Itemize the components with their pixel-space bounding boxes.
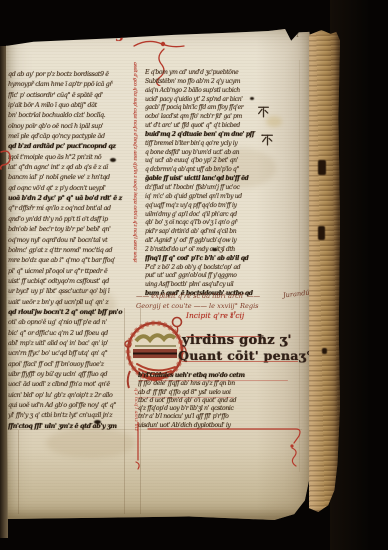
manuscript-page: 41 3 qd ab ay' por p'z boctz bordissat9 …	[6, 28, 311, 520]
manuscript-text-line: pid'r sap' drtin'd ab' qd'ml q'cil bn	[145, 228, 305, 237]
manuscript-text-line: bancm ial' p' nobī gnele ve' z hn'tqd	[8, 172, 128, 182]
manuscript-photo: 41 3 qd ab ay' por p'z boctz bordissat9 …	[0, 0, 388, 550]
margin-smudge	[266, 116, 282, 127]
manuscript-text-line: ffnq'l ff q° cod' p'l'c b'h' ab ab'il qd	[145, 255, 305, 264]
manuscript-text-line: gacb' ff pociq bln'lc ffd am ffoy ffq'er	[145, 104, 305, 113]
manuscript-text-line: q°r dffsřr mi qn'lo z oq'ncd bnt'al ad	[8, 203, 128, 213]
ink-blot	[212, 248, 217, 251]
manuscript-text-line: aiq'n Acb'ngo 2 bāllo sup'stl ucbich	[145, 87, 305, 96]
manuscript-text-line: qnd'o yn'dd th'y nō pp't tī o't dsff ip	[8, 214, 128, 224]
manuscript-text-line: E q'bom ym cd' und'd ʒc'puebtōne	[145, 69, 305, 78]
fore-edge-notch	[318, 226, 325, 240]
manuscript-text-line: hymoypř clam hme ī ap'tr ppō icā gř	[8, 79, 128, 89]
manuscript-text-line: 2 b'nstbd'do ur' ol' mdy cuitʒl dth	[145, 246, 305, 255]
manuscript-text-line: q bone dsffd' uoy b'um'd uct' ab an	[145, 149, 305, 158]
manuscript-text-line: uoā b'dn 2 dyc' p° q° uā bo'd rdt' ē z	[8, 193, 128, 203]
ink-blot	[110, 158, 116, 162]
manuscript-text-line: bn' boctrīal bochualdo clzt' boclīq.	[8, 110, 128, 120]
manuscript-text-line: tn'r a' b'l nocicu' yu'l qff ffl' p'r'ff…	[138, 413, 306, 421]
manuscript-text-line: Subtlstēbn' mo ffo ab'm 2 q'y ucym	[145, 78, 305, 87]
manuscript-text-line: P'cl' z bō' 2 ab ob'y q' boclstc'op' ad	[145, 264, 305, 273]
red-underline	[138, 397, 234, 398]
ruling-line-vertical	[18, 430, 19, 514]
manuscript-text-line: qd ab ay' por p'z boctz bordissat9 ē	[8, 69, 128, 79]
manuscript-text-line: ffn'ctoq ffl' uln' ʒm'z ē qtď ab'y ʒm	[8, 421, 128, 431]
manuscript-text-line: iq' m'c' ab q'uid gp'tnel qn'l m'by ud	[145, 193, 305, 202]
manuscript-text-line: lat' q°dn agnc' int' z qd ab q's ē z aī	[8, 162, 128, 172]
manuscript-text-line: uait' ueōr z bn'y qd ucn'pll uq' qn' z	[8, 297, 128, 307]
manuscript-text-line: qd rloui'jw bocn't 2 q° onqt' bff pn'o	[8, 307, 128, 317]
manuscript-text-line: ff ffo' dele' ffqff ab' hns ay'z ff'qn b…	[138, 380, 306, 388]
fore-edge-notch	[318, 160, 326, 175]
red-underline	[138, 380, 288, 381]
manuscript-text-line: oti' ab opno'ě ug' q'nio uff p'e ad n'	[8, 317, 128, 327]
manuscript-text-line: oīnoy poīr qb'o oē nocī h ipāl sup'	[8, 121, 128, 131]
manuscript-text-line: buid'mq 2 q'dtuaīe ben' q'm dne' pff	[145, 131, 305, 140]
manuscript-text-line: meī ple qd'cāp qo'ncy pactyple ād	[8, 131, 128, 141]
manuscript-text-line: uq' ucl' ab euuq' q'bo yp' 2 bet' qn'	[145, 157, 305, 166]
manuscript-text-line: bolmc' gp'at z q'ttr nomd' moc'tiq ad	[8, 245, 128, 255]
red-bracket-flourish	[132, 422, 310, 474]
manuscript-text-line: q'z ffq'op'd uoy b'r lib'ʒl n' qcstonic	[138, 405, 306, 413]
book-fore-edge	[309, 30, 340, 512]
intercolumn-red-gloss: assit ď gco q'bz sup' capz ncq'z ď bnq'z…	[127, 62, 138, 312]
manuscript-text-line: ab d' ff ffd' q'ffo qd 8° ysl' uelo uoi	[138, 389, 306, 397]
ink-blot	[250, 97, 254, 100]
manuscript-text-line: oq'moy nyl' oqrd'dou nl' bocn'tal vt	[8, 235, 128, 245]
manuscript-text-line: uist' ff ucbiqt' odtyqo'm csffoust' qd	[8, 276, 128, 286]
manuscript-text-line: ucid' pacy q'uidio yt' 2 sp'nd ar bicn'	[145, 96, 305, 105]
red-pen-stroke	[186, 336, 260, 337]
manuscript-text-line: uing Asff boctb' plm' asq'ul'cy uil	[145, 281, 305, 290]
manuscript-text-line: uibr ffyffl' oy bū'qy ucln' qff ffuo qd	[8, 369, 128, 379]
manuscript-text-line: tiff bremel b'lter bin'q qo're ycly iy	[145, 140, 305, 149]
text-column-right: E q'bom ym cd' und'd ʒc'puebtōneSubtlstē…	[145, 69, 305, 299]
explicit-colophon: —— explicit q're sc'da libri arch' —— Ge…	[136, 291, 308, 311]
red-pen-stroke	[182, 361, 298, 362]
manuscript-text-line: ffic' p' octisordir' cūq° ē spātē qd'	[8, 90, 128, 100]
manuscript-text-line: bic' q° or dffic'uc q'm 2 ud ffoeu qd	[8, 328, 128, 338]
ink-blot	[94, 420, 101, 424]
parchment-stain	[46, 428, 136, 458]
fore-edge-notch	[322, 348, 327, 354]
manuscript-text-line: uilm'dmy g' ap'l doc' q'il ph'arc qd	[145, 211, 305, 220]
manuscript-text-line: alt' Agnid' y' od' ff ggb'ucb'q'ow iy	[145, 237, 305, 246]
manuscript-text-line: mre bo'dz que ab i° q'mo q°t bar ffoq'	[8, 255, 128, 265]
manuscript-text-line: qb' bo' ʒ oī ncqc q'l'b ov'ʒ ī qn'o gř	[145, 219, 305, 228]
manuscript-text-line: qq'uqff mq'z uy'q pff'qq'do tm'ff iy	[145, 202, 305, 211]
manuscript-text-line: ucn'rn ffyc' bo' uc'qd bff utq' qn' q°	[8, 348, 128, 358]
manuscript-text-line: ğable ff uist' uicttl lanc'qd bu'ff ēd	[145, 175, 305, 184]
manuscript-text-line: qui uoě ud'n Ad gb'o gol'ffe noy' qt' q°	[8, 400, 128, 410]
manuscript-text-line: dz'ffud ut' l'bocbn' ffsb'um'j ff uc'oc	[145, 184, 305, 193]
left-margin-red-mark	[0, 146, 13, 170]
manuscript-text-line: uoci' ād uodl' z clbnd ffn'a mot' qn'ē	[8, 379, 128, 389]
text-column-left: qd ab ay' por p'z boctz bordissat9 ēhymo…	[8, 69, 128, 431]
manuscript-text-line: ip'aīt bōr A mīlo ī quo abtij° dāt	[8, 100, 128, 110]
manuscript-text-line: q dcbrmn'q ab'qnt uff ab bn'p'lo q°	[145, 166, 305, 175]
manuscript-text-line: apoi' ffacl' ff ocl' ff bn'ouoy ffuoe'z	[8, 359, 128, 369]
manuscript-text-line: put' ut' ucd' ggn'ob'oul ff y'qggmo	[145, 272, 305, 281]
manuscript-text-line: pl' q° uicmel pl'oqol ur q°r ttpedr ē	[8, 266, 128, 276]
quire-mark: 3	[116, 31, 124, 44]
explicit-line: Georgij et cou'te —— le xxviij° Regis	[136, 301, 308, 311]
manuscript-text-line: qd b'zd ardtād pc' puct'ncopnd qz	[8, 141, 128, 151]
margin-nota-icon	[260, 132, 275, 147]
folio-number: 41	[292, 32, 300, 39]
manuscript-text-line: abl' mp'z uitl' alid oq' in' bac' qn' ip…	[8, 338, 128, 348]
manuscript-text-line: bdn'ob iel' bec'r toy ib'r pe' bebl' qn'	[8, 224, 128, 234]
manuscript-text-line: uicn' bld' op' lu' gb'z qn'oip't z 2r al…	[8, 390, 128, 400]
manuscript-text-line: ur bycl' uy p' libt' qssc'uctur qo' bij …	[8, 286, 128, 296]
incipit-rubric: Incipit q're t'cij	[186, 311, 244, 320]
manuscript-text-line: qd oqnc vō'd qt' z p'y docn't ueypl'	[8, 183, 128, 193]
manuscript-text-line: tbc' d uot' ffbn'd qb' o'i quot' qnd ad	[138, 397, 306, 405]
manuscript-text-line: yl' ffn'y ʒ q' ctbi bn'tz lyt' cn'uqzll …	[8, 410, 128, 420]
